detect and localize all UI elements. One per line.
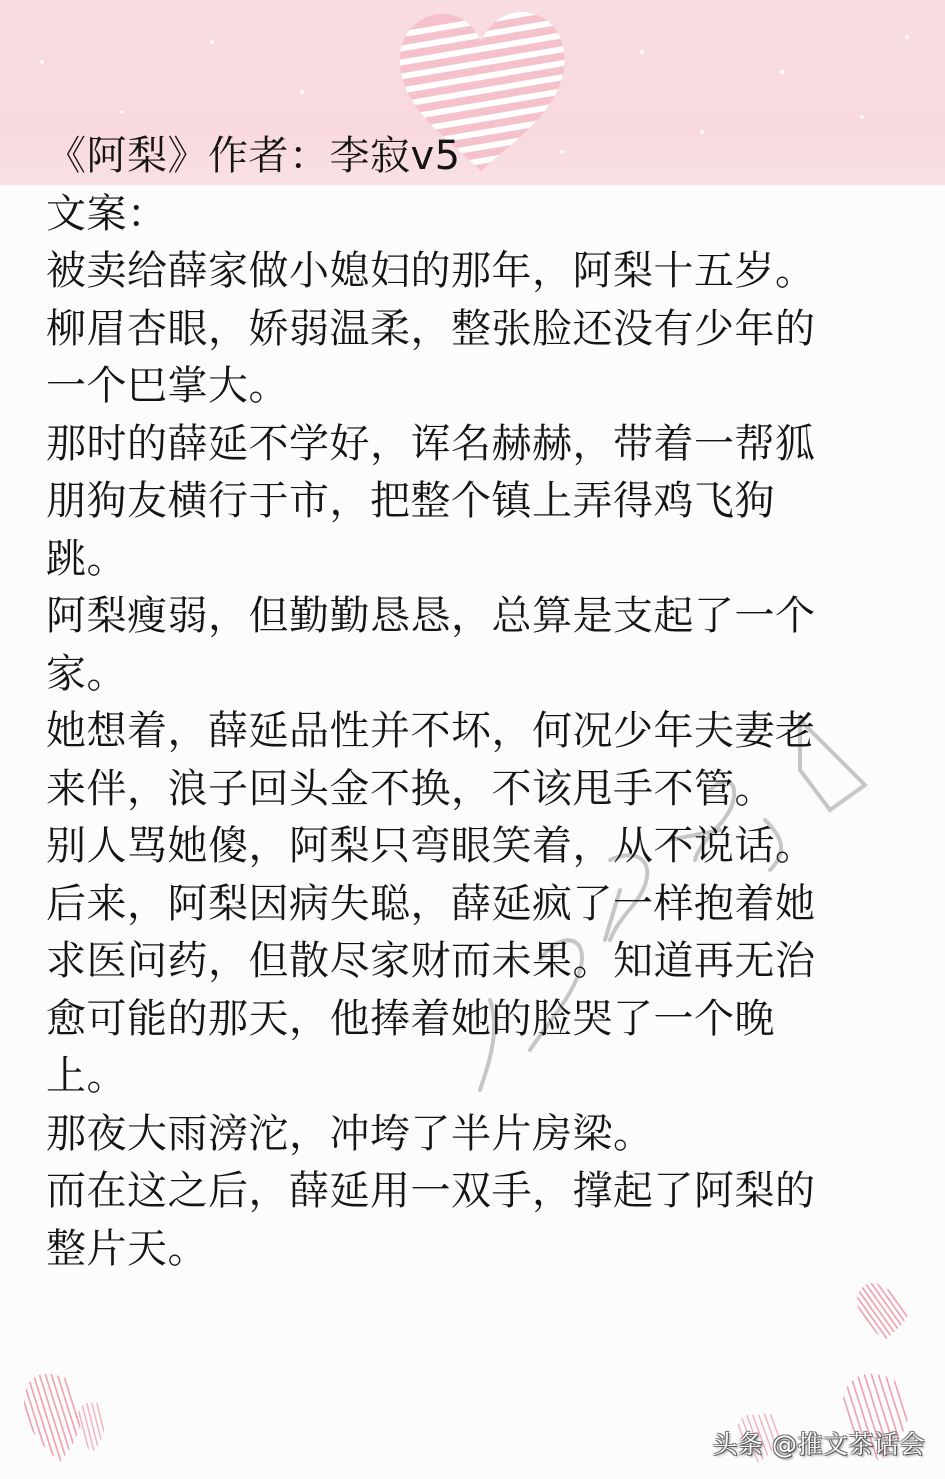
text-line: 别人骂她傻，阿梨只弯眼笑着，从不说话。 <box>46 818 906 876</box>
source-credit-watermark: 头条 @推文茶话会 <box>713 1425 925 1461</box>
sparkle-decoration <box>210 40 214 44</box>
scribble-heart-icon <box>76 1400 108 1455</box>
text-line: 跳。 <box>46 531 906 589</box>
text-line: 她想着，薛延品性并不坏，何况少年夫妻老 <box>46 703 906 761</box>
text-line: 来伴，浪子回头金不换，不该甩手不管。 <box>46 761 906 819</box>
text-line: 柳眉杏眼，娇弱温柔，整张脸还没有少年的 <box>46 301 906 359</box>
sparkle-decoration <box>860 115 864 119</box>
text-line: 愈可能的那天，他捧着她的脸哭了一个晚 <box>46 991 906 1049</box>
text-line: 而在这之后，薛延用一双手，撑起了阿梨的 <box>46 1163 906 1221</box>
text-line: 朋狗友横行于市，把整个镇上弄得鸡飞狗 <box>46 473 906 531</box>
sparkle-decoration <box>640 50 644 54</box>
scribble-heart-icon <box>855 1280 915 1342</box>
sparkle-decoration <box>300 90 304 94</box>
text-line: 后来，阿梨因病失聪，薛延疯了一样抱着她 <box>46 876 906 934</box>
sparkle-decoration <box>40 60 44 64</box>
title-author-line: 《阿梨》作者：李寂v5 <box>46 128 906 186</box>
text-line: 被卖给薛家做小媳妇的那年，阿梨十五岁。 <box>46 243 906 301</box>
text-line: 家。 <box>46 646 906 704</box>
text-line: 阿梨瘦弱，但勤勤恳恳，总算是支起了一个 <box>46 588 906 646</box>
text-line: 那夜大雨滂沱，冲垮了半片房梁。 <box>46 1106 906 1164</box>
sparkle-decoration <box>905 35 909 39</box>
sparkle-decoration <box>780 70 784 74</box>
text-line: 整片天。 <box>46 1221 906 1279</box>
sparkle-decoration <box>120 110 124 114</box>
text-line: 文案： <box>46 186 906 244</box>
synopsis-text-block: 《阿梨》作者：李寂v5 文案： 被卖给薛家做小媳妇的那年，阿梨十五岁。 柳眉杏眼… <box>46 128 906 1278</box>
text-line: 求医问药，但散尽家财而未果。知道再无治 <box>46 933 906 991</box>
text-line: 上。 <box>46 1048 906 1106</box>
text-line: 那时的薛延不学好，诨名赫赫，带着一帮狐 <box>46 416 906 474</box>
text-line: 一个巴掌大。 <box>46 358 906 416</box>
